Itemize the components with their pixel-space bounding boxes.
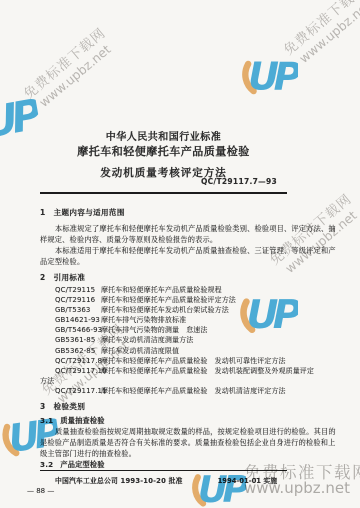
section-3-heading: 3检验类别 <box>40 401 85 412</box>
section-1-title: 主题内容与适用范围 <box>54 208 125 217</box>
reference-title: 摩托车和轻便摩托车产品质量检验 发动机可靠性评定方法 <box>101 357 286 365</box>
standard-number: QC/T29117.7—93 <box>40 177 277 186</box>
section-1-paragraph-line: 本标准规定了摩托车和轻便摩托车发动机产品质量检验类别、检验项目、评定方法、抽 <box>40 224 305 234</box>
section-3-1-title: 质量抽查检验 <box>60 416 104 425</box>
section-2-number: 2 <box>40 273 46 282</box>
reference-row: QC/T29117.8摩托车和轻便摩托车产品质量检验 发动机可靠性评定方法 <box>40 356 290 366</box>
reference-title: 摩托车和轻便摩托车产品质量检验规程 <box>101 286 222 294</box>
reference-code: QC/T29115 <box>55 286 101 294</box>
reference-title: 摩托车发动机清洁度限值 <box>101 347 179 355</box>
section-3-number: 3 <box>40 402 46 411</box>
reference-code: GB/T5363 <box>55 306 101 314</box>
section-1-heading: 1主题内容与适用范围 <box>40 207 125 218</box>
section-2-heading: 2引用标准 <box>40 272 85 283</box>
reference-standards-list: QC/T29115摩托车和轻便摩托车产品质量检验规程 QC/T29116摩托车和… <box>40 285 290 396</box>
header-rule <box>40 192 287 194</box>
section-3-1-heading: 3.1质量抽查检验 <box>40 416 290 426</box>
reference-row: QC/T29115摩托车和轻便摩托车产品质量检验规程 <box>40 285 290 295</box>
effective-date-note: 1994-01-01 实施 <box>40 475 277 485</box>
reference-code: QC/T29117.8 <box>55 357 101 365</box>
standard-title: 摩托车和轻便摩托车产品质量检验 <box>40 143 287 159</box>
section-3-2-heading: 3.2产品定型检验 <box>40 460 290 470</box>
reference-row-continuation: 方法 <box>40 376 290 386</box>
section-3-2-number: 3.2 <box>40 460 53 469</box>
document-body: 中华人民共和国行业标准 摩托车和轻便摩托车产品质量检验 发动机质量考核评定方法 … <box>0 0 360 508</box>
footer-rule <box>40 470 287 471</box>
reference-row: QC/T29117.10摩托车和轻便摩托车产品质量检验 发动机装配调整及外观质量… <box>40 366 290 376</box>
section-3-title: 检验类别 <box>54 402 86 411</box>
reference-title: 方法 <box>40 377 54 385</box>
reference-code: QC/T29117.11 <box>55 387 101 395</box>
section-3-2-title: 产品定型检验 <box>60 460 104 469</box>
section-3-paragraph-line: 是检验产品制造质量是否符合有关标准的要求。质量抽查检验包括企业自身进行的检验和上 <box>40 438 290 448</box>
reference-title: 摩托车发动机清洁度测量方法 <box>101 336 193 344</box>
reference-code: QC/T29117.10 <box>55 367 101 375</box>
section-1-paragraph-line: 品定型检验。 <box>40 257 290 267</box>
reference-row: GB/T5466-93摩托车排气污染物的测量 怠速法 <box>40 325 290 335</box>
section-2-title: 引用标准 <box>54 273 86 282</box>
page-number: — 88 — <box>27 487 54 495</box>
reference-title: 摩托车排气污染物排放标准 <box>101 316 186 324</box>
section-1-number: 1 <box>40 208 46 217</box>
reference-row: QC/T29116摩托车和轻便摩托车产品质量检验评定方法 <box>40 295 290 305</box>
standard-country-line: 中华人民共和国行业标准 <box>40 128 287 143</box>
section-3-paragraph-line: 质量抽查检验指按规定周期抽取规定数量的样品，按规定检验项目进行的检验。其目的 <box>40 427 305 437</box>
reference-code: GB14621-93 <box>55 316 101 324</box>
reference-row: QC/T29117.11摩托车和轻便摩托车产品质量检验 发动机清洁度评定方法 <box>40 386 290 396</box>
section-1-paragraph-line: 本标准适用于摩托车和轻便摩托车发动机产品质量抽查检验、三证管理、等级评定和产 <box>40 246 305 256</box>
reference-code: GB5361-85 <box>55 336 101 344</box>
reference-code: GB5362-85 <box>55 347 101 355</box>
section-3-paragraph-line: 级主管部门进行的抽查检验。 <box>40 449 290 459</box>
reference-row: GB14621-93摩托车排气污染物排放标准 <box>40 315 290 325</box>
reference-title: 摩托车和轻便摩托车发动机台架试验方法 <box>101 306 229 314</box>
reference-row: GB5361-85摩托车发动机清洁度测量方法 <box>40 335 290 345</box>
reference-code: QC/T29116 <box>55 296 101 304</box>
reference-row: GB5362-85摩托车发动机清洁度限值 <box>40 346 290 356</box>
reference-title: 摩托车和轻便摩托车产品质量检验评定方法 <box>101 296 236 304</box>
section-1-paragraph-line: 样规定、检验内容、质量分等原则及检验报告的表示。 <box>40 235 290 245</box>
reference-row: GB/T5363摩托车和轻便摩托车发动机台架试验方法 <box>40 305 290 315</box>
reference-title: 摩托车和轻便摩托车产品质量检验 发动机清洁度评定方法 <box>101 387 286 395</box>
scanned-standard-page: 中华人民共和国行业标准 摩托车和轻便摩托车产品质量检验 发动机质量考核评定方法 … <box>0 0 360 508</box>
section-3-1-number: 3.1 <box>40 416 53 425</box>
reference-title: 摩托车排气污染物的测量 怠速法 <box>101 326 208 334</box>
reference-title: 摩托车和轻便摩托车产品质量检验 发动机装配调整及外观质量评定 <box>101 367 314 375</box>
reference-code: GB/T5466-93 <box>55 326 101 334</box>
